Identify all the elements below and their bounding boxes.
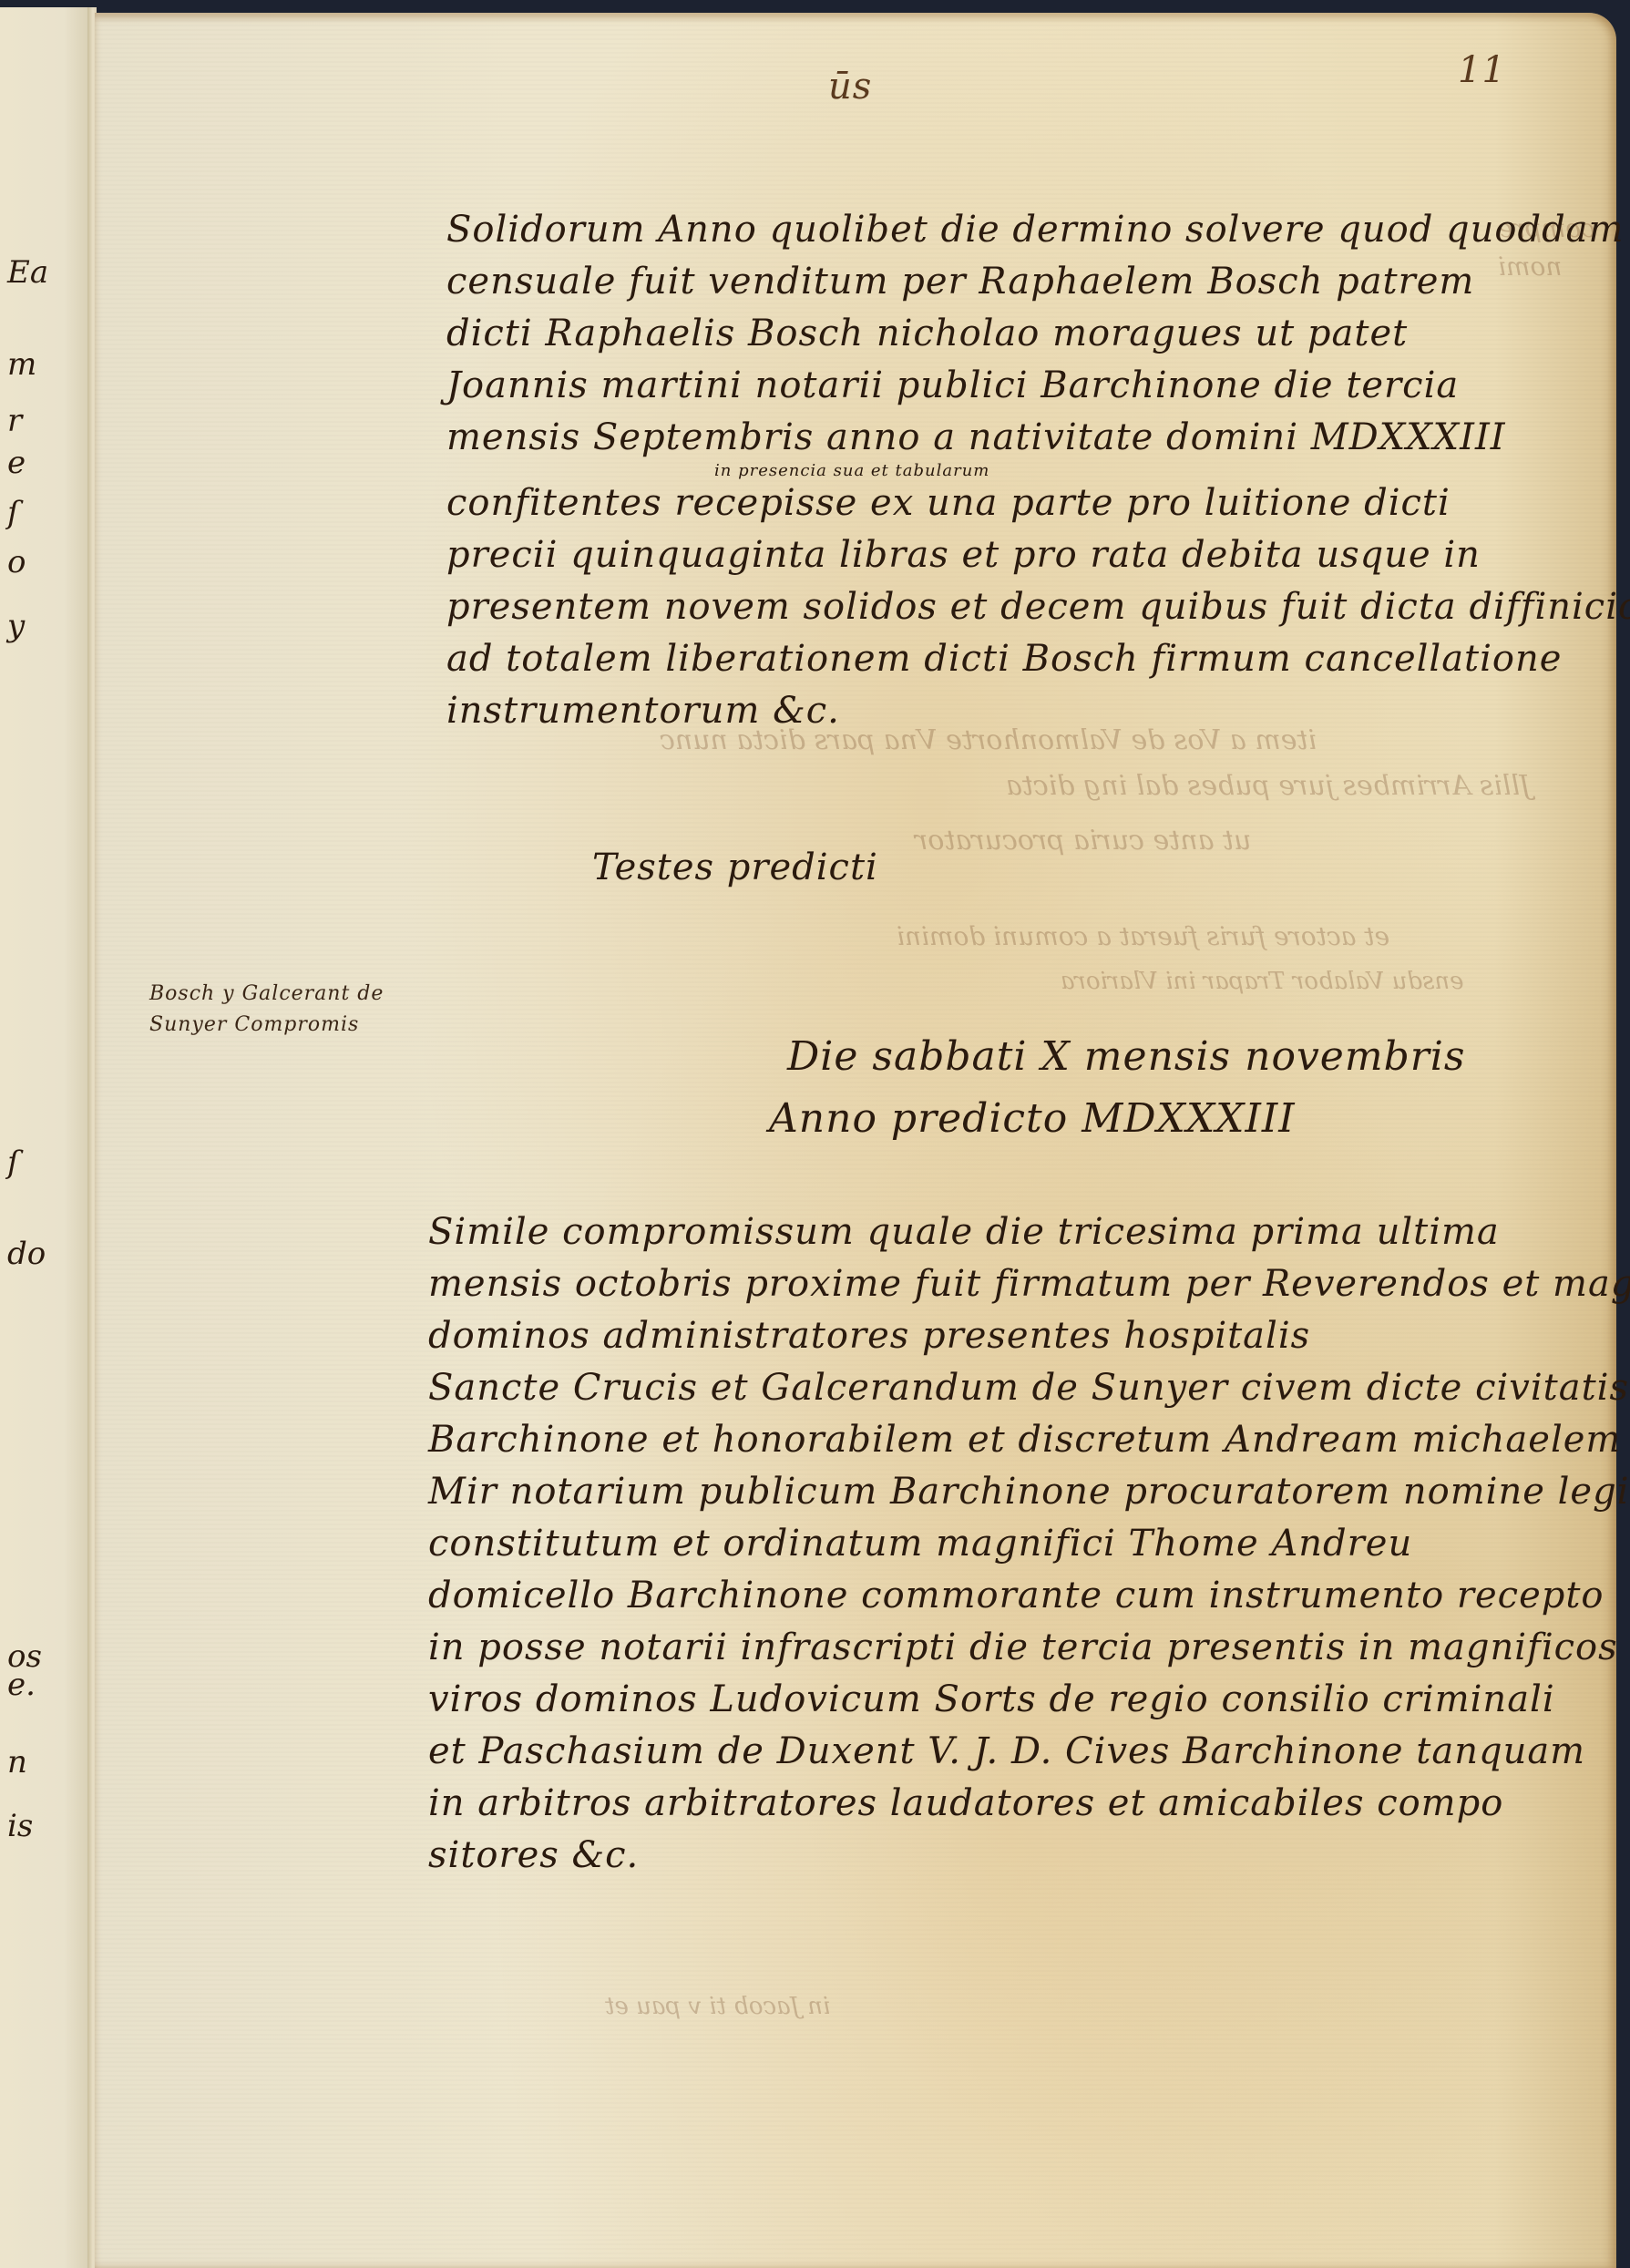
previous-page-fragment: is (7, 1808, 33, 1844)
previous-page-fragment: ſ (7, 495, 19, 531)
previous-page-fragment: e. (7, 1667, 36, 1703)
previous-page-fragment: Ea (7, 254, 48, 291)
previous-page-fragment: r (7, 403, 22, 439)
previous-page-fragment: do (7, 1236, 46, 1272)
entry-2-line: Barchinone et honorabilem et discretum A… (428, 1414, 1621, 1466)
entry-1-line: Joannis martini notarii publici Barchino… (446, 360, 1459, 412)
date-heading-line: Die sabbati X mensis novembris (787, 1033, 1465, 1080)
entry-1-line: instrumentorum &c. (446, 685, 840, 737)
witness-line: Testes predicti (592, 842, 878, 894)
margin-note-line: Bosch y Galcerant de (149, 979, 384, 1010)
entry-2-line: in posse notarii infrascripti die tercia… (428, 1622, 1618, 1674)
entry-1-line: censuale fuit venditum per Raphaelem Bos… (446, 256, 1474, 308)
manuscript-page: item a Vos de Valmonhorte Vna pars dicta… (95, 13, 1616, 2268)
previous-page-fragment: ſ (7, 1144, 19, 1181)
previous-page-fragment: y (7, 608, 25, 644)
entry-1-line: precii quinquaginta libras et pro rata d… (446, 529, 1481, 581)
previous-page-fragment: e (7, 445, 26, 481)
entry-2-line: in arbitros arbitratores laudatores et a… (428, 1778, 1503, 1830)
entry-2-line: constitutum et ordinatum magnifici Thome… (428, 1518, 1412, 1570)
entry-2-line: mensis octobris proxime fuit firmatum pe… (428, 1258, 1630, 1310)
previous-page-fragment: o (7, 544, 26, 580)
entry-2-line: viros dominos Ludovicum Sorts de regio c… (428, 1674, 1555, 1726)
entry-2-line: domicello Barchinone commorante cum inst… (428, 1570, 1604, 1622)
date-heading-line: Anno predicto MDXXXIII (769, 1095, 1296, 1142)
bleed-through-text: ensdu Valabor Trapar ini Vlariora (1061, 956, 1464, 1008)
header-mark: ūs (828, 66, 872, 108)
entry-2-line: dominos administratores presentes hospit… (428, 1310, 1310, 1362)
entry-1-line: confitentes recepisse ex una parte pro l… (446, 477, 1451, 529)
bleed-through-text: Jllis Arrimbes jure pubes dal ing dicta (1006, 760, 1531, 812)
entry-2-line: Sancte Crucis et Galcerandum de Sunyer c… (428, 1362, 1629, 1414)
entry-1-line: dicti Raphaelis Bosch nicholao moragues … (446, 308, 1408, 360)
entry-1-line: Solidorum Anno quolibet die dermino solv… (446, 204, 1624, 256)
entry-1-line: ad totalem liberationem dicti Bosch firm… (446, 633, 1562, 685)
entry-2-line: Mir notarium publicum Barchinone procura… (428, 1466, 1630, 1518)
entry-1-line: presentem novem solidos et decem quibus … (446, 581, 1630, 633)
entry-1-line: mensis Septembris anno a nativitate domi… (446, 412, 1506, 464)
previous-page-fragment: n (7, 1744, 27, 1781)
folio-number: 11 (1458, 49, 1506, 91)
bleed-through-text: ut ante curia procurator (915, 815, 1251, 867)
previous-page-fragment: m (7, 346, 36, 383)
bleed-through-text: in Jacob ti v pau et (605, 1981, 830, 2033)
entry-2-line: et Paschasium de Duxent V. J. D. Cives B… (428, 1726, 1585, 1778)
margin-note-line: Sunyer Compromis (149, 1010, 359, 1041)
entry-2-line: sitores &c. (428, 1830, 639, 1882)
entry-2-line: Simile compromissum quale die tricesima … (428, 1206, 1500, 1258)
bleed-through-text: et actore furis fuerat a comuni domini (897, 910, 1389, 962)
